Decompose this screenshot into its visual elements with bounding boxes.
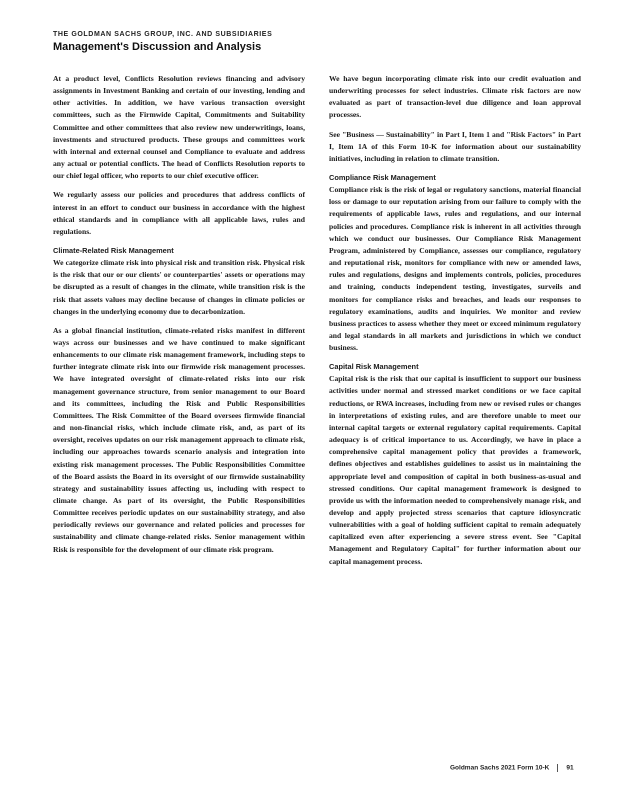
paragraph-climate-categories: We categorize climate risk into physical…: [53, 257, 305, 318]
heading-climate-risk: Climate-Related Risk Management: [53, 245, 305, 257]
paragraph-climate-governance: As a global financial institution, clima…: [53, 325, 305, 556]
paragraph-sustainability-reference: See "Business — Sustainability" in Part …: [329, 129, 581, 165]
heading-capital-risk: Capital Risk Management: [329, 361, 581, 373]
paragraph-conflicts-resolution: At a product level, Conflicts Resolution…: [53, 73, 305, 182]
right-column: We have begun incorporating climate risk…: [329, 73, 581, 575]
page-header: THE GOLDMAN SACHS GROUP, INC. AND SUBSID…: [53, 30, 573, 54]
company-name: THE GOLDMAN SACHS GROUP, INC. AND SUBSID…: [53, 30, 573, 39]
paragraph-capital-risk: Capital risk is the risk that our capita…: [329, 373, 581, 568]
paragraph-policies: We regularly assess our policies and pro…: [53, 189, 305, 238]
left-column: At a product level, Conflicts Resolution…: [53, 73, 305, 563]
footer-divider: [557, 764, 558, 772]
section-title: Management's Discussion and Analysis: [53, 40, 573, 54]
page-footer: Goldman Sachs 2021 Form 10-K91: [450, 764, 574, 772]
paragraph-climate-credit: We have begun incorporating climate risk…: [329, 73, 581, 122]
paragraph-compliance-risk: Compliance risk is the risk of legal or …: [329, 184, 581, 354]
heading-compliance-risk: Compliance Risk Management: [329, 172, 581, 184]
footer-publication: Goldman Sachs 2021 Form 10-K: [450, 765, 549, 772]
page-number: 91: [566, 765, 573, 772]
